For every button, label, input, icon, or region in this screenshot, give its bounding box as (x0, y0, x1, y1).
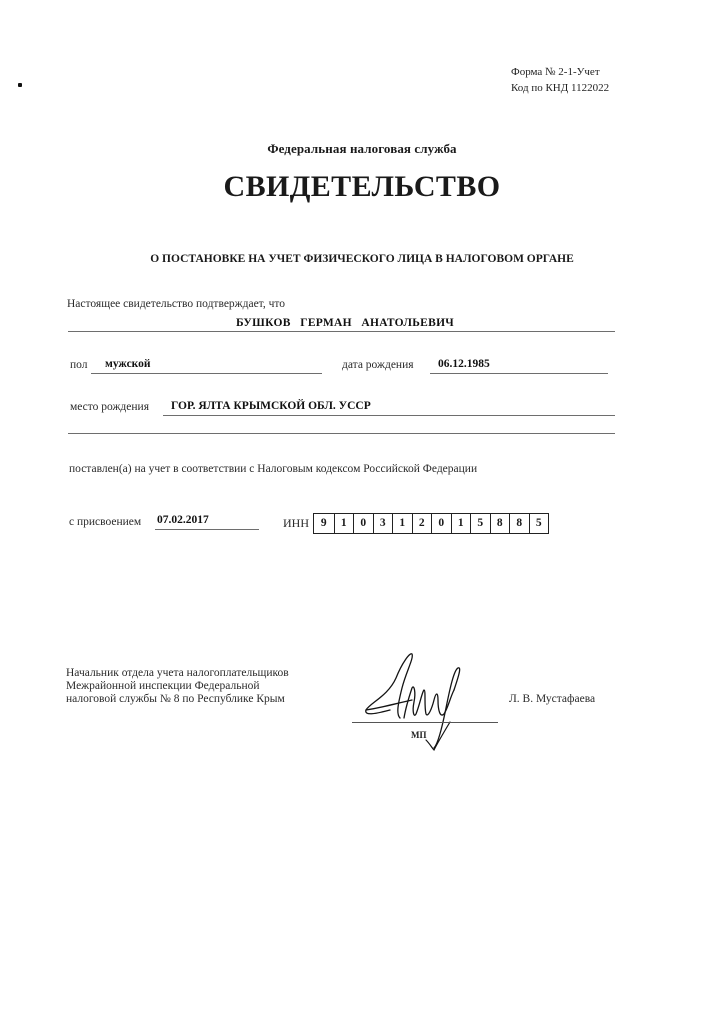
scan-speck (18, 83, 22, 87)
birth-date-underline (430, 373, 608, 374)
inn-digit: 5 (470, 514, 490, 533)
sex-value: мужской (105, 358, 151, 370)
full-name-underline (68, 331, 615, 332)
signer-title-line: Межрайонной инспекции Федеральной (66, 680, 346, 693)
inn-digit: 0 (353, 514, 373, 533)
handwritten-signature (350, 648, 510, 758)
signer-title: Начальник отдела учета налогоплательщико… (66, 667, 346, 706)
document-title: СВИДЕТЕЛЬСТВО (0, 170, 724, 204)
full-name-value: БУШКОВ ГЕРМАН АНАТОЛЬЕВИЧ (236, 317, 454, 329)
knd-code: Код по КНД 1122022 (511, 80, 609, 96)
form-meta: Форма № 2-1-Учет Код по КНД 1122022 (511, 64, 609, 96)
birth-date-value: 06.12.1985 (438, 358, 490, 370)
inn-label: ИНН (283, 516, 309, 531)
registered-text: поставлен(а) на учет в соответствии с На… (69, 463, 477, 475)
form-number: Форма № 2-1-Учет (511, 64, 609, 80)
inn-digit: 8 (509, 514, 529, 533)
birth-place-underline (163, 415, 615, 416)
stamp-label: МП (411, 730, 427, 740)
inn-digit: 3 (373, 514, 393, 533)
birth-place-label: место рождения (70, 401, 149, 413)
inn-digit: 1 (392, 514, 412, 533)
inn-digit: 1 (451, 514, 471, 533)
confirm-text: Настоящее свидетельство подтверждает, чт… (67, 298, 285, 310)
full-name: БУШКОВ ГЕРМАН АНАТОЛЬЕВИЧ (0, 317, 690, 329)
document-subtitle: О ПОСТАНОВКЕ НА УЧЕТ ФИЗИЧЕСКОГО ЛИЦА В … (0, 253, 724, 265)
inn-digit: 8 (490, 514, 510, 533)
birth-place-value: ГОР. ЯЛТА КРЫМСКОЙ ОБЛ. УССР (171, 400, 371, 412)
assigned-label: с присвоением (69, 516, 141, 528)
assigned-date: 07.02.2017 (157, 514, 209, 526)
inn-digit: 2 (412, 514, 432, 533)
assigned-date-underline (155, 529, 259, 530)
birth-place-underline-2 (68, 433, 615, 434)
birth-date-label: дата рождения (342, 359, 414, 371)
signer-title-line: налоговой службы № 8 по Республике Крым (66, 693, 346, 706)
signer-name: Л. В. Мустафаева (509, 693, 595, 705)
sex-underline (91, 373, 322, 374)
signature-line (352, 722, 498, 723)
inn-digit: 0 (431, 514, 451, 533)
inn-digit: 5 (529, 514, 549, 533)
agency-name: Федеральная налоговая служба (0, 141, 724, 157)
inn-digit: 1 (334, 514, 354, 533)
inn-digit: 9 (314, 514, 334, 533)
sex-label: пол (70, 359, 88, 371)
inn-boxes: 9 1 0 3 1 2 0 1 5 8 8 5 (313, 513, 549, 534)
signer-title-line: Начальник отдела учета налогоплательщико… (66, 667, 346, 680)
